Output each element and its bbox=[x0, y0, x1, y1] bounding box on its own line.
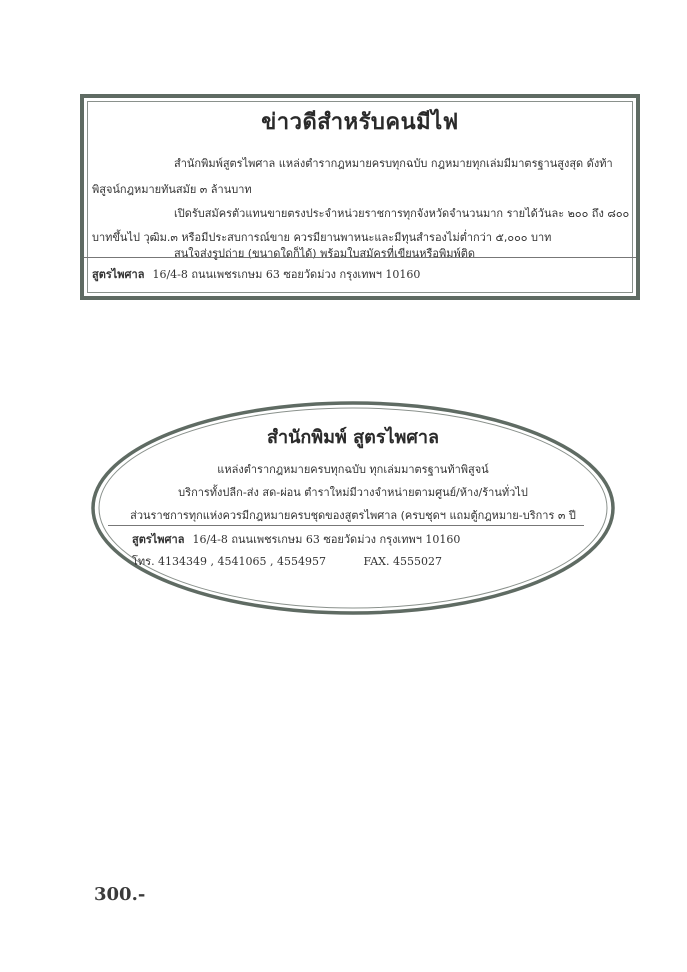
oval-line-3: ส่วนราชการทุกแห่งควรมีกฎหมายครบชุดของสูต… bbox=[90, 506, 616, 524]
ad-footer-address-text: 16/4-8 ถนนเพชรเกษม 63 ซอยวัดม่วง กรุงเทพ… bbox=[152, 268, 420, 281]
oval-line-2: บริการทั้งปลีก-ส่ง สด-ผ่อน ตำราใหม่มีวาง… bbox=[90, 483, 616, 501]
box-divider bbox=[84, 257, 636, 258]
ad-line-2: พิสูจน์กฎหมายทันสมัย ๓ ล้านบาท bbox=[92, 180, 252, 198]
oval-divider bbox=[108, 525, 584, 526]
oval-title: สำนักพิมพ์ สูตรไพศาล bbox=[90, 422, 616, 451]
oval-footer-address: สูตรไพศาล16/4-8 ถนนเพชรเกษม 63 ซอยวัดม่ว… bbox=[132, 530, 460, 548]
oval-line-1: แหล่งตำรากฎหมายครบทุกฉบับ ทุกเล่มมาตรฐาน… bbox=[90, 460, 616, 478]
ad-footer-name: สูตรไพศาล bbox=[92, 268, 144, 281]
price-label: 300.- bbox=[94, 884, 145, 905]
ad-line-1: สำนักพิมพ์สูตรไพศาล แหล่งตำรากฎหมายครบทุ… bbox=[174, 154, 613, 172]
oval-contact: โทร. 4134349 , 4541065 , 4554957 FAX. 45… bbox=[132, 552, 442, 570]
ad-line-3: เปิดรับสมัครตัวแทนขายตรงประจำหน่วยราชการ… bbox=[174, 204, 629, 222]
publisher-oval: สำนักพิมพ์ สูตรไพศาล แหล่งตำรากฎหมายครบท… bbox=[90, 400, 616, 616]
ad-footer-address: สูตรไพศาล16/4-8 ถนนเพชรเกษม 63 ซอยวัดม่ว… bbox=[92, 265, 420, 283]
oval-footer-address-text: 16/4-8 ถนนเพชรเกษม 63 ซอยวัดม่วง กรุงเทพ… bbox=[192, 533, 460, 546]
oval-fax: FAX. 4555027 bbox=[364, 555, 442, 568]
oval-phone: โทร. 4134349 , 4541065 , 4554957 bbox=[132, 555, 326, 568]
advertisement-box: ข่าวดีสำหรับคนมีไฟ สำนักพิมพ์สูตรไพศาล แ… bbox=[80, 94, 640, 300]
ad-line-5: สนใจส่งรูปถ่าย (ขนาดใดก็ได้) พร้อมใบสมัค… bbox=[174, 244, 475, 262]
ad-title: ข่าวดีสำหรับคนมีไฟ bbox=[84, 104, 636, 139]
oval-footer-name: สูตรไพศาล bbox=[132, 533, 184, 546]
